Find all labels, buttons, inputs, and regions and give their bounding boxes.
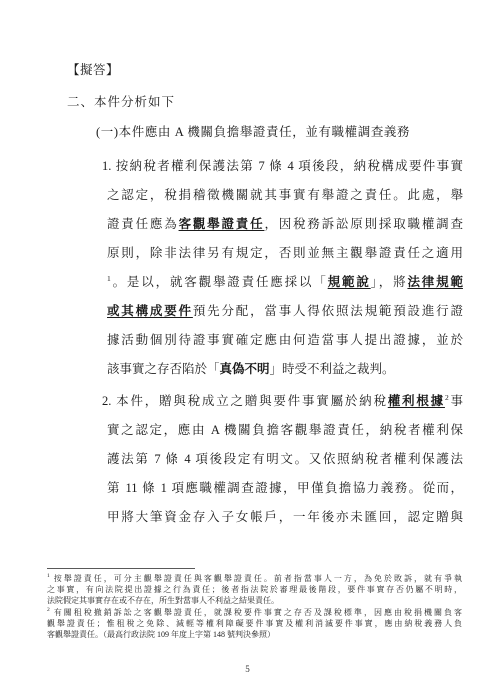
footnote-text: 觀舉證責任；惟租稅之免除、減輕等權利障礙要件事實及權利消滅要件事實，應由納稅義務…	[47, 619, 462, 628]
text-segment: 該事實之存否陷於「	[107, 362, 220, 376]
footnote-text: 客觀舉證責任。（最高行政法院 109 年度上字第 148 號判決參照）	[47, 630, 275, 639]
text-segment: 據活動個別待證事實確定應由何造當事人提出證據，並於	[107, 333, 463, 347]
text-segment: 」，將	[371, 275, 408, 289]
text-line: 2.本件，贈與稅成立之贈與要件事實屬於納稅權利根據2事	[102, 387, 463, 416]
text-line: 護法第 7 條 4 項後段定有明文。又依照納稅者權利保護法	[102, 445, 463, 474]
document-page: 【擬答】 二、本件分析如下 (一)本件應由 A 機關負擔舉證責任，並有職權調查義…	[0, 0, 495, 700]
footnote-text: 之事實，有向法院提出證據之行為責任；後者指法院於審理最後階段，要件事實存否仍屬不…	[47, 585, 462, 594]
text-line: 1.按納稅者權利保護法第 7 條 4 項後段，納稅構成要件事實	[102, 152, 463, 181]
text-line: 實之認定，應由 A 機關負擔客觀舉證責任，納稅者權利保	[102, 416, 463, 445]
footnote-line: 法院假定其事實存在或不存在，所生對當事人不利益之結果責任。	[47, 595, 462, 606]
subsection-title: (一)本件應由 A 機關負擔舉證責任，並有職權調查義務	[96, 122, 410, 140]
text-segment: 或其構成要件	[107, 304, 193, 318]
text-line: 1。是以，就客觀舉證責任應採以「規範說」，將法律規範	[102, 268, 463, 297]
text-segment: 第 11 條 1 項應職權調查證據，甲僅負擔協力義務。從而，	[107, 481, 463, 495]
page-number: 5	[0, 664, 495, 674]
text-line: 甲將大筆資金存入子女帳戶，一年後亦未匯回，認定贈與	[102, 503, 463, 532]
text-segment: 預先分配，當事人得依照法規範預設進行證	[193, 304, 463, 318]
text-line: 原則，除非法律另有規定，否則並無主觀舉證責任之適用	[102, 239, 463, 268]
text-line: 證責任應為客觀舉證責任，因稅務訴訟原則採取職權調查	[102, 210, 463, 239]
text-segment: 證責任應為	[107, 217, 179, 231]
analysis-item: 2.本件，贈與稅成立之贈與要件事實屬於納稅權利根據2事實之認定，應由 A 機關負…	[102, 387, 463, 532]
footnotes: 1按舉證責任，可分主觀舉證責任與客觀舉證責任。前者指當事人一方，為免於敗訴，就有…	[47, 573, 462, 640]
item-number: 1.	[102, 159, 114, 173]
footnote-line: 1按舉證責任，可分主觀舉證責任與客觀舉證責任。前者指當事人一方，為免於敗訴，就有…	[47, 573, 462, 584]
text-segment: 。是以，就客觀舉證責任應採以「	[111, 275, 328, 289]
analysis-item: 1.按納稅者權利保護法第 7 條 4 項後段，納稅構成要件事實之認定，稅捐稽徵機…	[102, 152, 463, 384]
text-segment: 事	[449, 394, 463, 408]
answer-header: 【擬答】	[67, 60, 119, 78]
footnote-line: 客觀舉證責任。（最高行政法院 109 年度上字第 148 號判決參照）	[47, 629, 462, 640]
footnote-line: 之事實，有向法院提出證據之行為責任；後者指法院於審理最後階段，要件事實存否仍屬不…	[47, 584, 462, 595]
text-segment: ，因稅務訴訟原則採取職權調查	[264, 217, 463, 231]
text-segment: 」時受不利益之裁判。	[270, 362, 395, 376]
section-title: 二、本件分析如下	[67, 92, 175, 110]
item-number: 2.	[102, 394, 114, 408]
text-segment: 護法第 7 條 4 項後段定有明文。又依照納稅者權利保護法	[107, 452, 463, 466]
text-segment: 原則，除非法律另有規定，否則並無主觀舉證責任之適用	[107, 246, 463, 260]
text-segment: 實之認定，應由 A 機關負擔客觀舉證責任，納稅者權利保	[107, 423, 463, 437]
text-line: 據活動個別待證事實確定應由何造當事人提出證據，並於	[102, 326, 463, 355]
footnote-line: 觀舉證責任；惟租稅之免除、減輕等權利障礙要件事實及權利消滅要件事實，應由納稅義務…	[47, 618, 462, 629]
footnote-text: 法院假定其事實存在或不存在，所生對當事人不利益之結果責任。	[47, 596, 279, 605]
text-line: 之認定，稅捐稽徵機關就其事實有舉證之責任。此處，舉	[102, 181, 463, 210]
text-line: 第 11 條 1 項應職權調查證據，甲僅負擔協力義務。從而，	[102, 474, 463, 503]
text-segment: 規範說	[328, 275, 371, 289]
text-line: 或其構成要件預先分配，當事人得依照法規範預設進行證	[102, 297, 463, 326]
text-line: 該事實之存否陷於「真偽不明」時受不利益之裁判。	[102, 355, 463, 384]
footnote-text: 按舉證責任，可分主觀舉證責任與客觀舉證責任。前者指當事人一方，為免於敗訴，就有爭…	[52, 574, 462, 583]
footnote-text: 有關租稅撤銷訴訟之客觀舉證責任，就課稅要件事實之存否及課稅標準，因應由稅捐機關負…	[52, 608, 462, 617]
analysis-items: 1.按納稅者權利保護法第 7 條 4 項後段，納稅構成要件事實之認定，稅捐稽徵機…	[102, 152, 463, 532]
text-segment: 本件，贈與稅成立之贈與要件事實屬於納稅	[114, 394, 387, 408]
footnote-separator	[47, 568, 195, 569]
text-segment: 之認定，稅捐稽徵機關就其事實有舉證之責任。此處，舉	[107, 188, 463, 202]
text-segment: 按納稅者權利保護法第 7 條 4 項後段，納稅構成要件事實	[114, 159, 463, 173]
text-segment: 法律規範	[407, 275, 463, 289]
footnote-line: 2有關租稅撤銷訴訟之客觀舉證責任，就課稅要件事實之存否及課稅標準，因應由稅捐機關…	[47, 607, 462, 618]
text-segment: 客觀舉證責任	[179, 217, 265, 231]
text-segment: 權利根據	[388, 394, 445, 408]
text-segment: 真偽不明	[220, 362, 270, 376]
text-segment: 甲將大筆資金存入子女帳戶，一年後亦未匯回，認定贈與	[107, 510, 463, 524]
